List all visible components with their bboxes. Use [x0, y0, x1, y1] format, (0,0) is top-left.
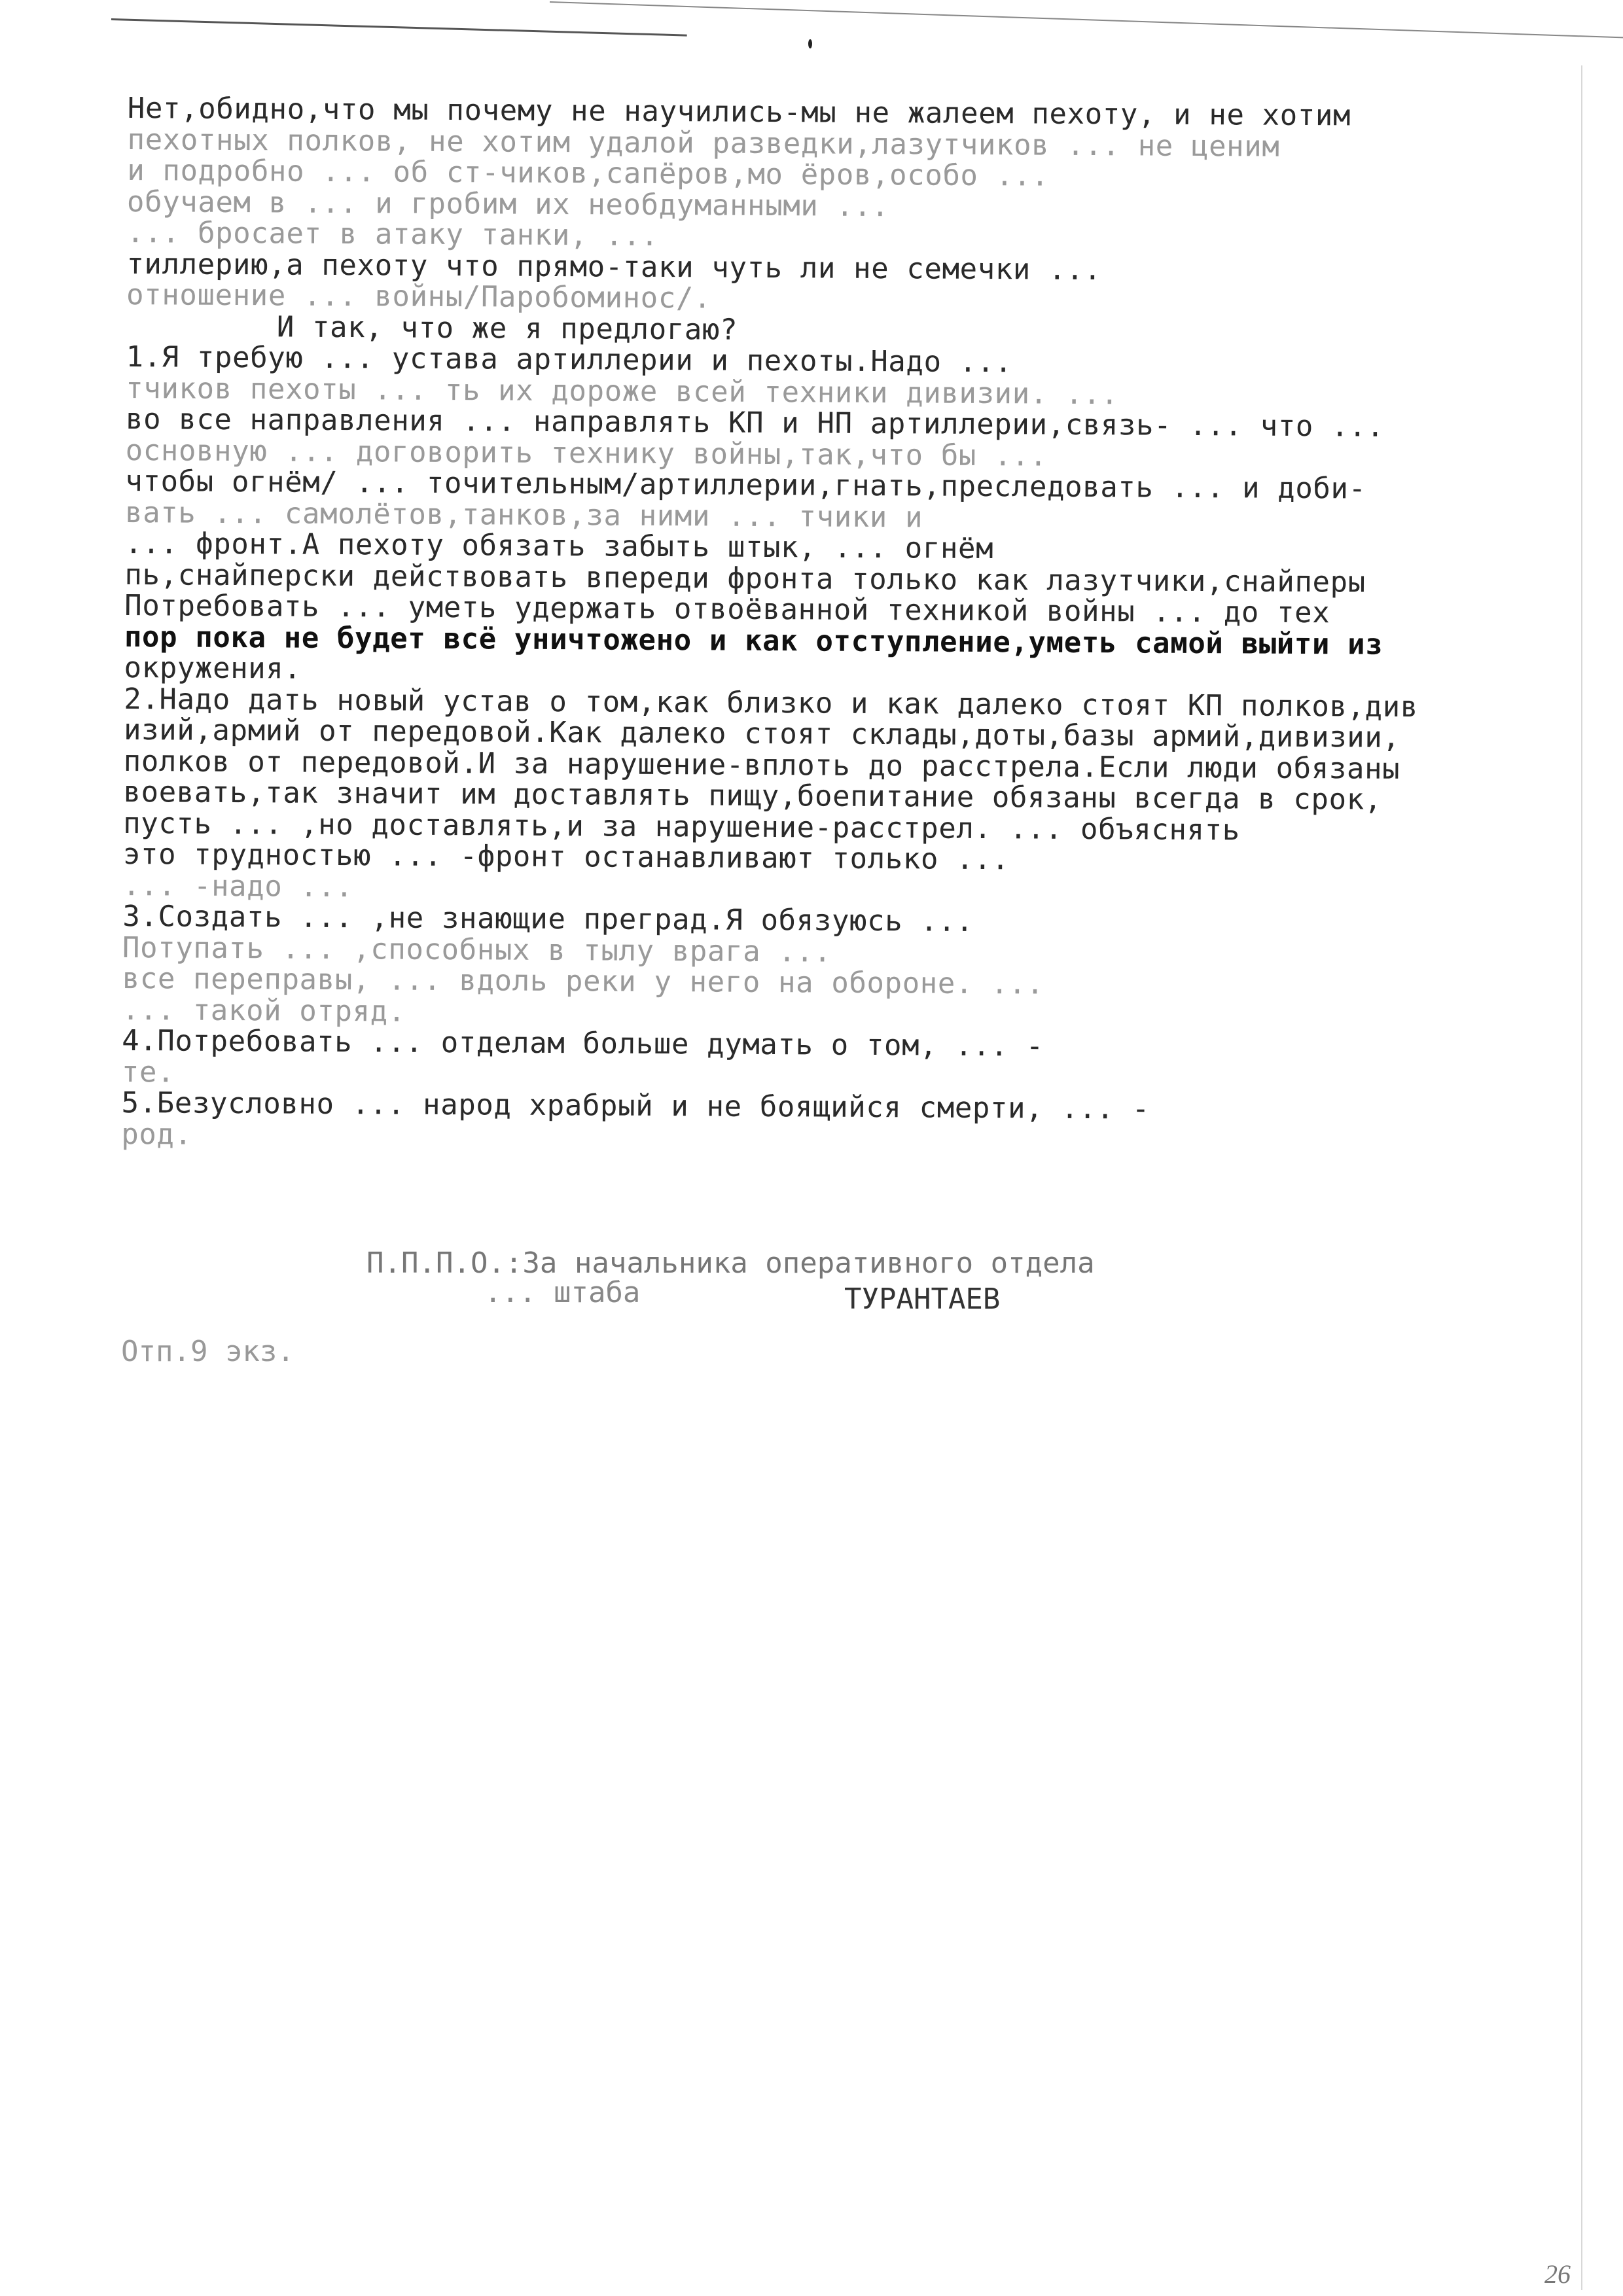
document-body: Нет,обидно,что мы почему не научились-мы… — [121, 93, 1587, 1159]
ink-speck — [808, 39, 812, 48]
signature-title: П.П.П.О.:За начальника оперативного отде… — [366, 1246, 1095, 1280]
scan-edge-line — [111, 18, 687, 37]
scanned-page: Нет,обидно,что мы почему не научились-мы… — [0, 0, 1623, 2296]
signature-rank: ... штаба — [484, 1276, 640, 1309]
copies-note: Отп.9 экз. — [121, 1335, 294, 1368]
page-number: 26 — [1544, 2259, 1571, 2289]
signature-name: ТУРАНТАЕВ — [844, 1282, 1000, 1316]
scan-edge-line — [550, 1, 1623, 39]
